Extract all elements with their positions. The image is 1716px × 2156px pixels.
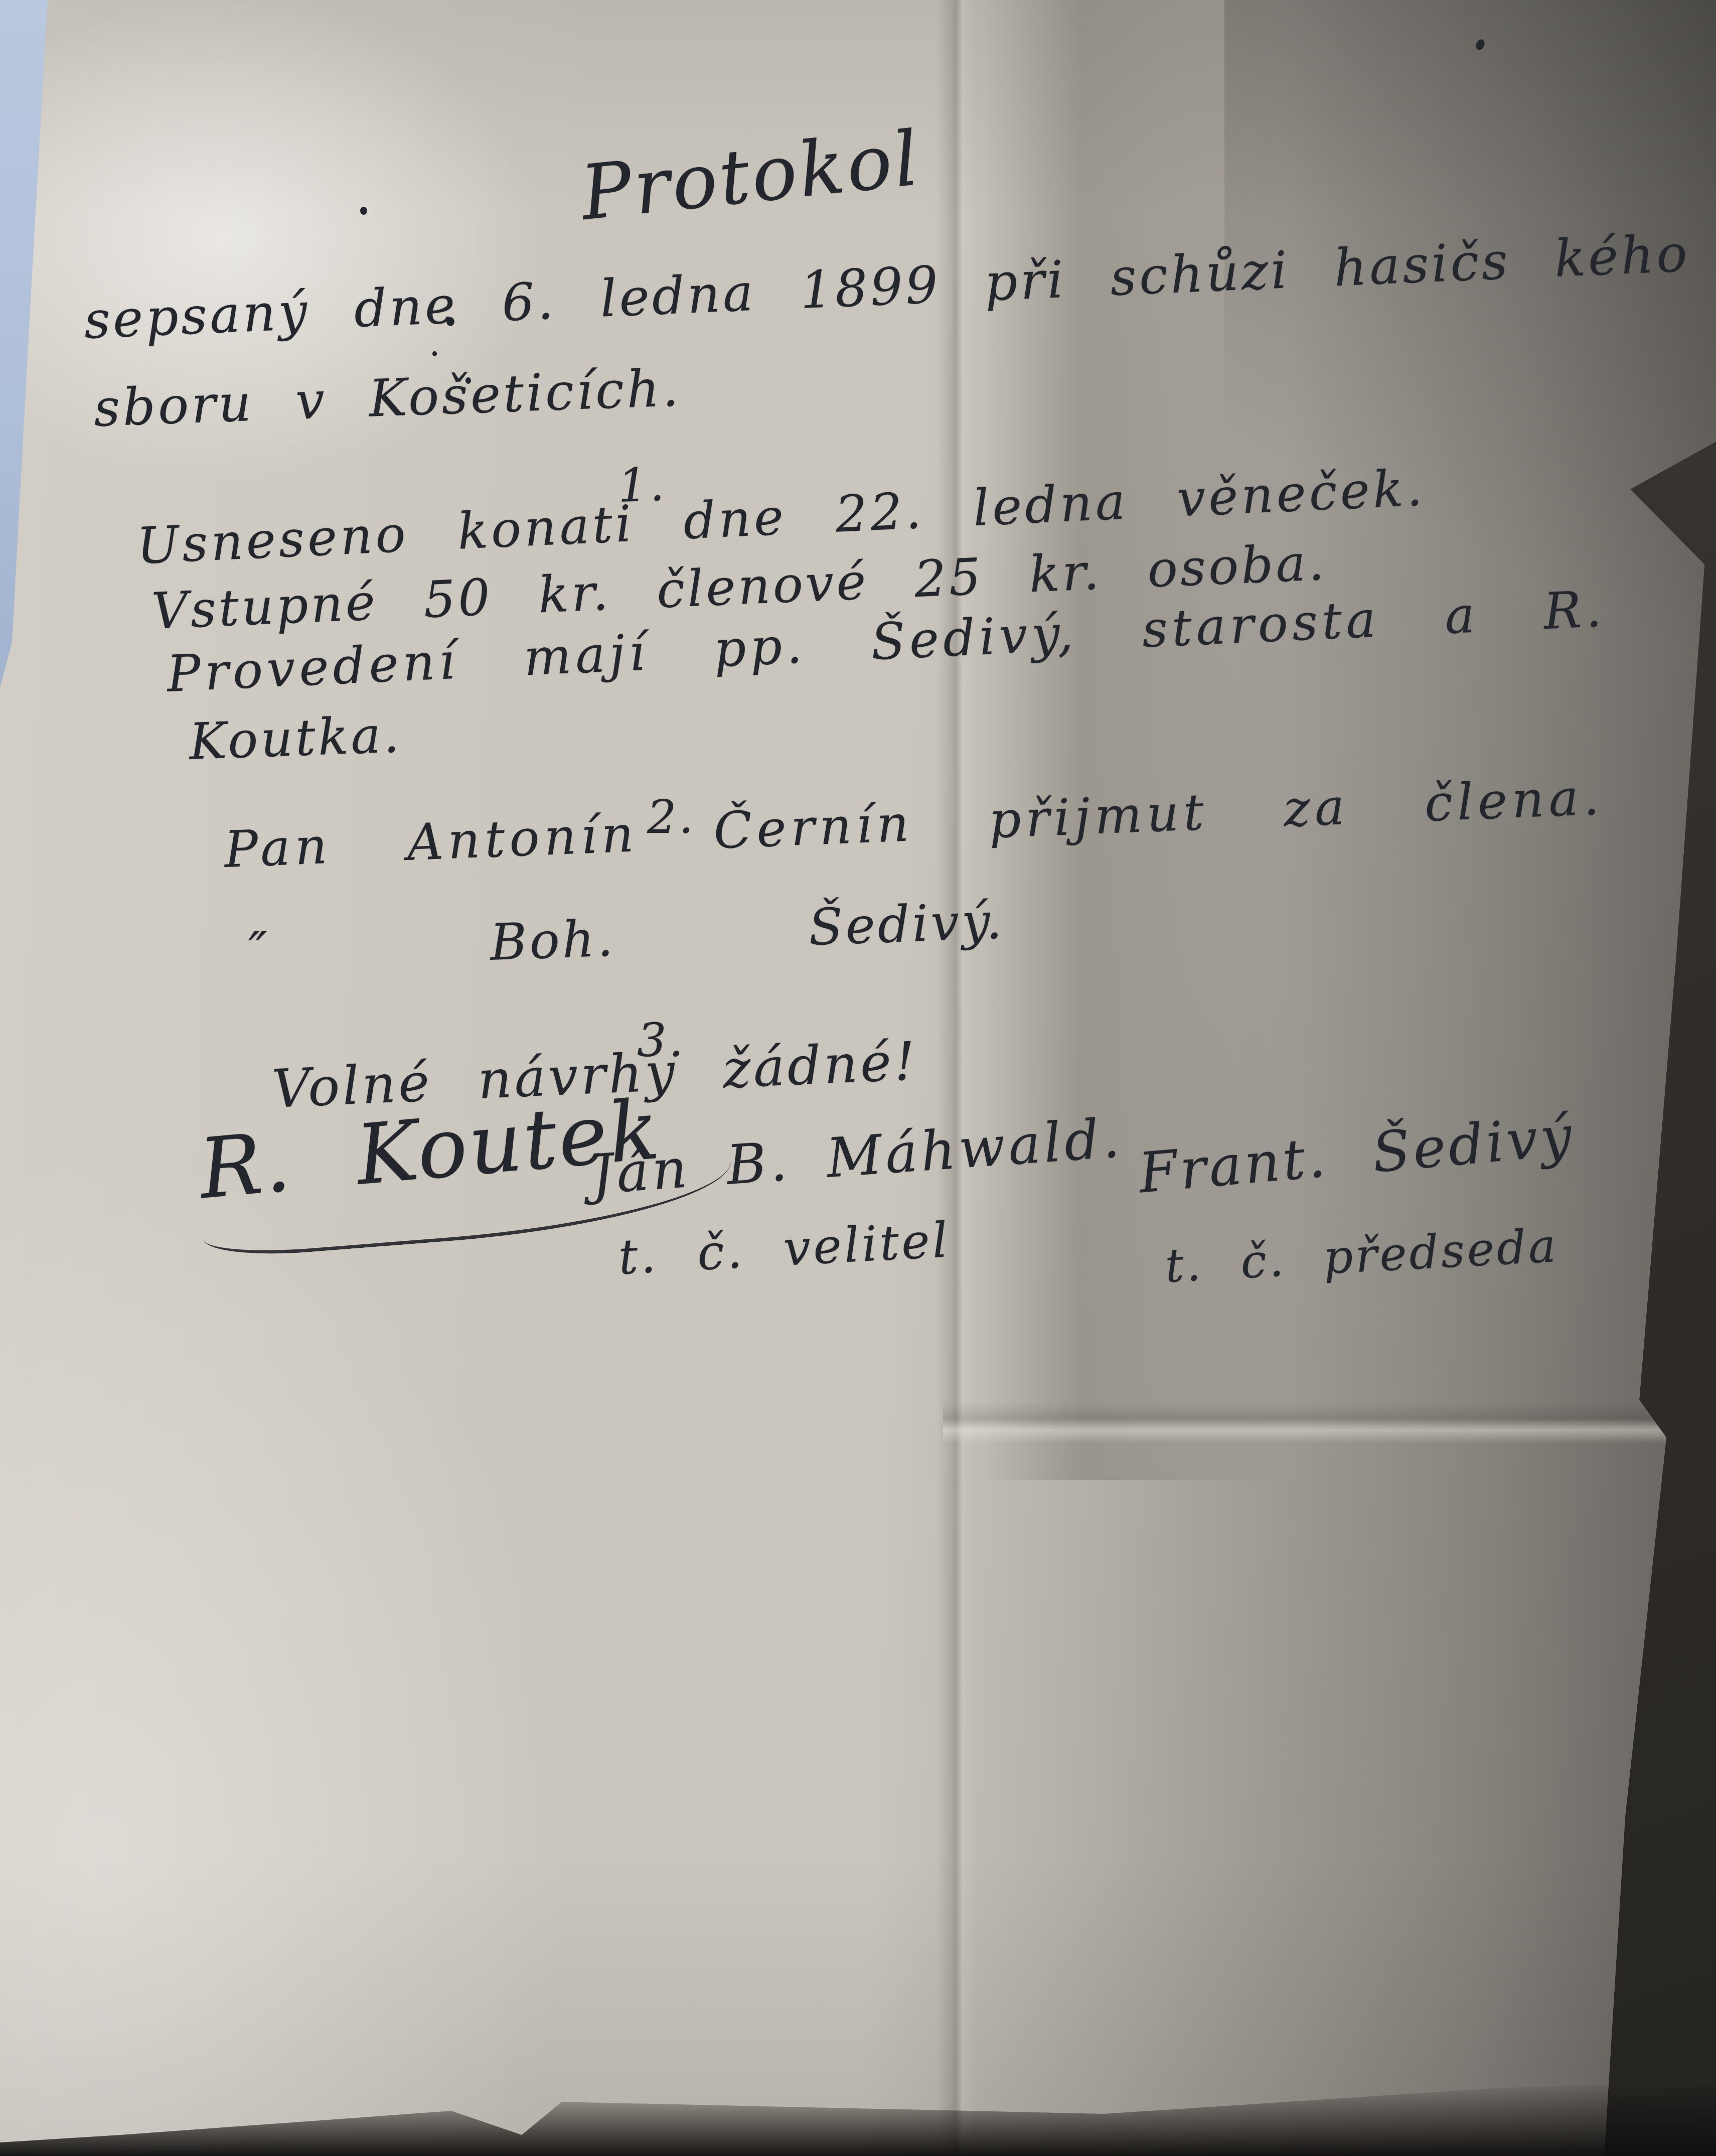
document-title: Protokol xyxy=(577,115,924,237)
intro-line: sepsaný dne 6. ledna 1899 při schůzi has… xyxy=(83,224,1691,351)
signature-role: t. č. velitel xyxy=(617,1212,952,1285)
horizontal-crease xyxy=(943,1402,1716,1450)
paper-sheet: Protokol sepsaný dne 6. ledna 1899 při s… xyxy=(0,0,1716,2156)
ditto-last-name: Šedivý. xyxy=(808,891,1005,957)
ditto-first-name: Boh. xyxy=(489,909,616,972)
ink-dot xyxy=(465,377,471,384)
body-line: Koutka. xyxy=(188,705,403,771)
signature-name: Ján B. Máhwald. xyxy=(589,1107,1125,1207)
signature-role: t. č. předseda xyxy=(1164,1219,1559,1293)
ink-dot xyxy=(360,207,367,215)
ink-dot xyxy=(432,351,437,356)
ink-dot xyxy=(446,317,454,326)
top-right-shadow xyxy=(1224,0,1716,853)
signature-name: Frant. Šedivý xyxy=(1136,1103,1577,1205)
body-line: Pan Antonín Černín přijmut za člena. xyxy=(223,767,1605,879)
photo-of-handwritten-protocol: Protokol sepsaný dne 6. ledna 1899 při s… xyxy=(0,0,1716,2156)
ditto-mark: ″ xyxy=(248,921,269,979)
ink-dot xyxy=(1474,38,1486,52)
intro-line: sboru v Košeticích. xyxy=(93,358,682,439)
